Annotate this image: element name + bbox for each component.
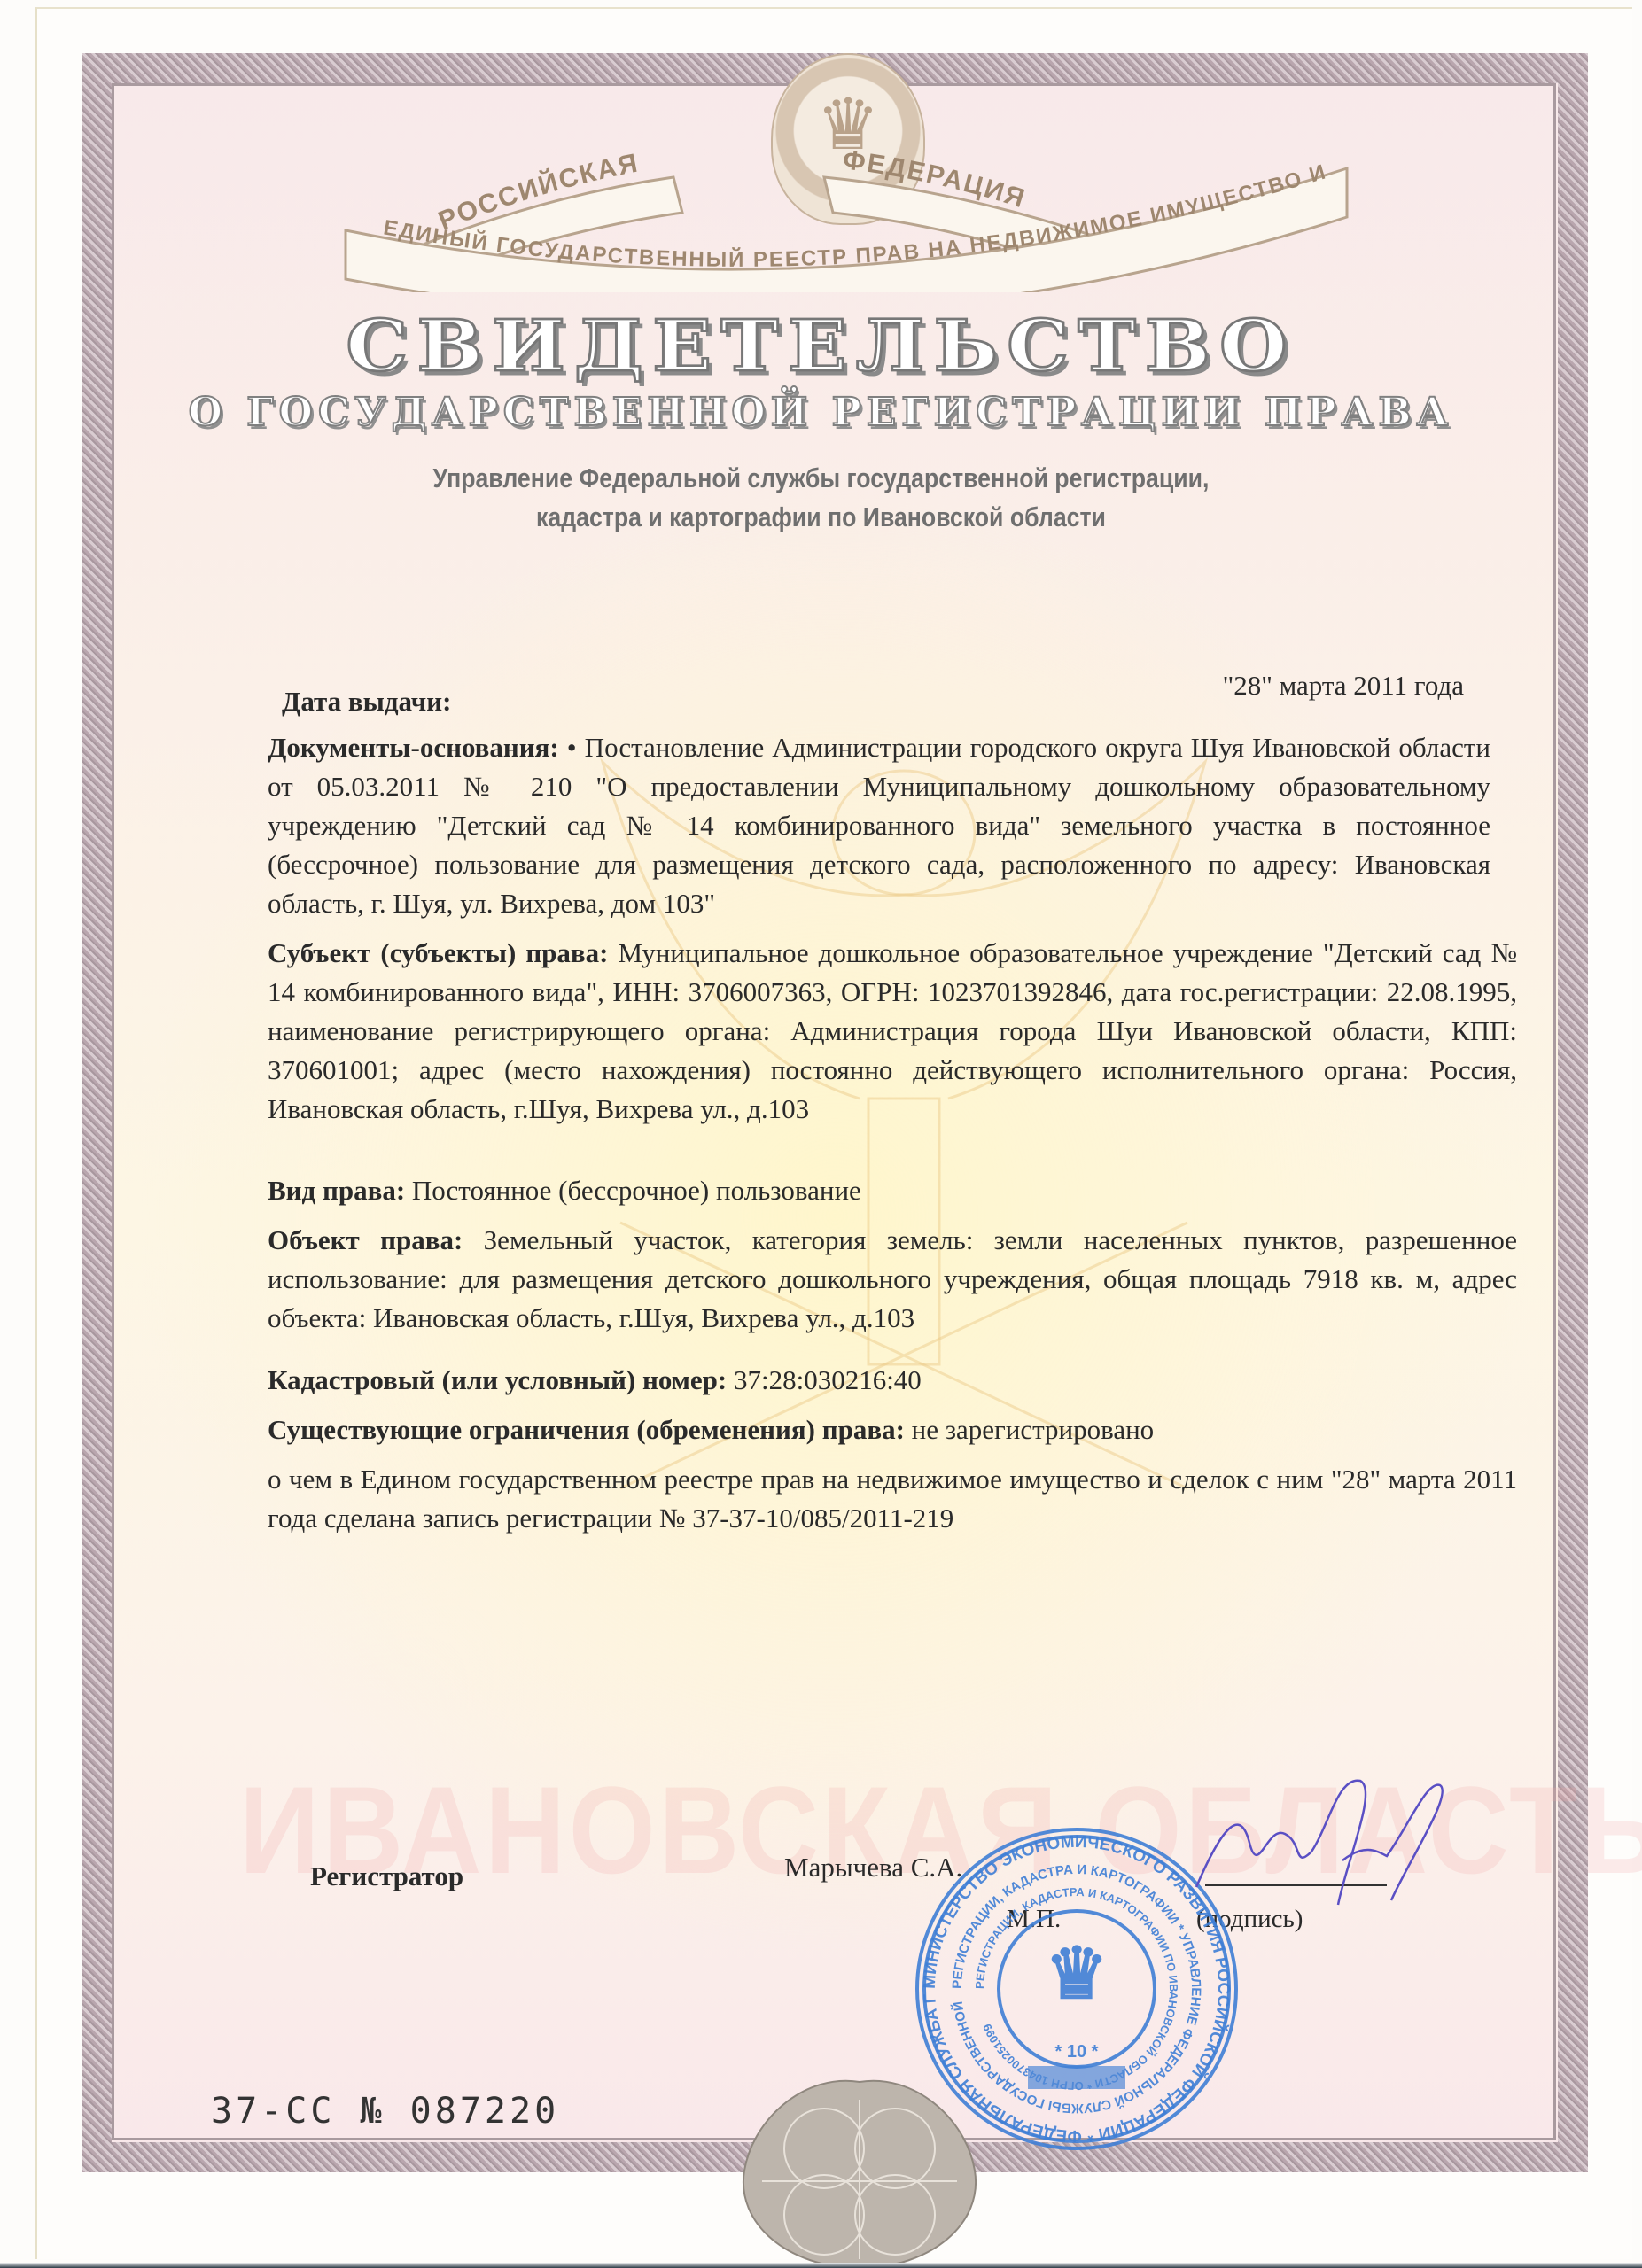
registrar-label: Регистратор [310, 1860, 463, 1892]
encumbrance-field: Существующие ограничения (обременения) п… [268, 1410, 1526, 1449]
authority-line-2: кадастра и картографии по Ивановской обл… [115, 498, 1528, 537]
subject-field: Субъект (субъекты) права: Муниципальное … [268, 934, 1526, 1129]
object-field: Объект права: Земельный участок, категор… [268, 1221, 1526, 1338]
subject-label: Субъект (субъекты) права: [268, 937, 609, 968]
basis-documents-field: Документы-основания: • Постановление Адм… [268, 728, 1526, 923]
scan-edge-shadow [0, 2263, 1642, 2268]
right-type-label: Вид права: [268, 1175, 405, 1206]
encumbrance-value: не зарегистрировано [912, 1414, 1155, 1445]
header-ribbon: РОССИЙСКАЯ ФЕДЕРАЦИЯ ЕДИНЫЙ ГОСУДАРСТВЕН… [337, 133, 1356, 292]
certificate-title: СВИДЕТЕЛЬСТВО [0, 304, 1642, 387]
cadastral-value: 37:28:030216:40 [734, 1364, 922, 1395]
stamp-eagle-icon: ♛ [1045, 1934, 1109, 2013]
encumbrance-label: Существующие ограничения (обременения) п… [268, 1414, 905, 1445]
cadastral-label: Кадастровый (или условный) номер: [268, 1364, 727, 1395]
certificate-body: Дата выдачи: "28" марта 2011 года Докуме… [268, 666, 1526, 1538]
certificate-subtitle: О ГОСУДАРСТВЕННОЙ РЕГИСТРАЦИИ ПРАВА [0, 390, 1642, 435]
issue-date-label: Дата выдачи: [282, 682, 451, 721]
basis-documents-label: Документы-основания: [268, 732, 559, 763]
stamp-number: * 10 * [1055, 2042, 1099, 2062]
authority-line-1: Управление Федеральной службы государств… [115, 459, 1528, 498]
handwritten-signature [1187, 1772, 1453, 1914]
registry-note: о чем в Едином государственном реестре п… [268, 1460, 1526, 1538]
object-label: Объект права: [268, 1224, 463, 1255]
issuing-authority: Управление Федеральной службы государств… [115, 459, 1528, 537]
certificate-serial-number: 37-СС № 087220 [211, 2091, 559, 2132]
right-type-field: Вид права: Постоянное (бессрочное) польз… [268, 1171, 1526, 1210]
issue-date-row: Дата выдачи: "28" марта 2011 года [268, 666, 1526, 728]
issue-date-value: "28" марта 2011 года [1223, 666, 1464, 705]
right-type-value: Постоянное (бессрочное) пользование [412, 1175, 861, 1206]
cadastral-field: Кадастровый (или условный) номер: 37:28:… [268, 1361, 1526, 1400]
